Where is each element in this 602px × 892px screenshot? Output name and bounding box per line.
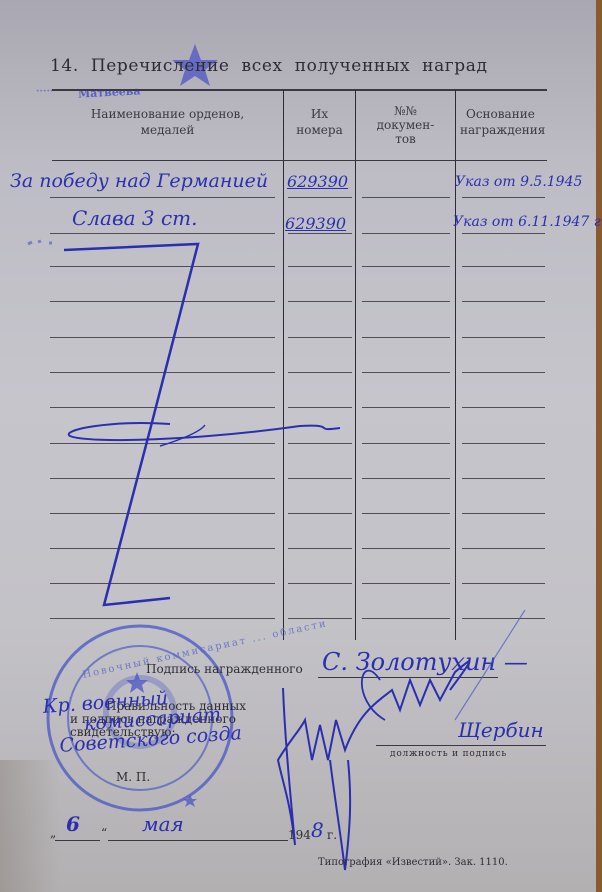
date-day-line	[55, 840, 100, 841]
position-signature-line	[376, 745, 546, 746]
date-day: 6	[66, 812, 80, 836]
date-year-handwritten: 8	[311, 818, 324, 842]
officer-signature-scrawl	[0, 0, 602, 892]
date-month-line	[108, 840, 288, 841]
date-quote-open: „	[50, 826, 56, 840]
officer-signature: Щербин	[458, 718, 544, 742]
date-year-printed: 194	[288, 828, 311, 842]
printer-imprint: Типография «Известий». Зак. 1110.	[318, 857, 508, 868]
position-signature-label: должность и подпись	[390, 749, 507, 759]
date-month: мая	[142, 812, 184, 836]
date-year-suffix: г.	[327, 828, 337, 842]
date-quote-close: “	[101, 826, 107, 840]
